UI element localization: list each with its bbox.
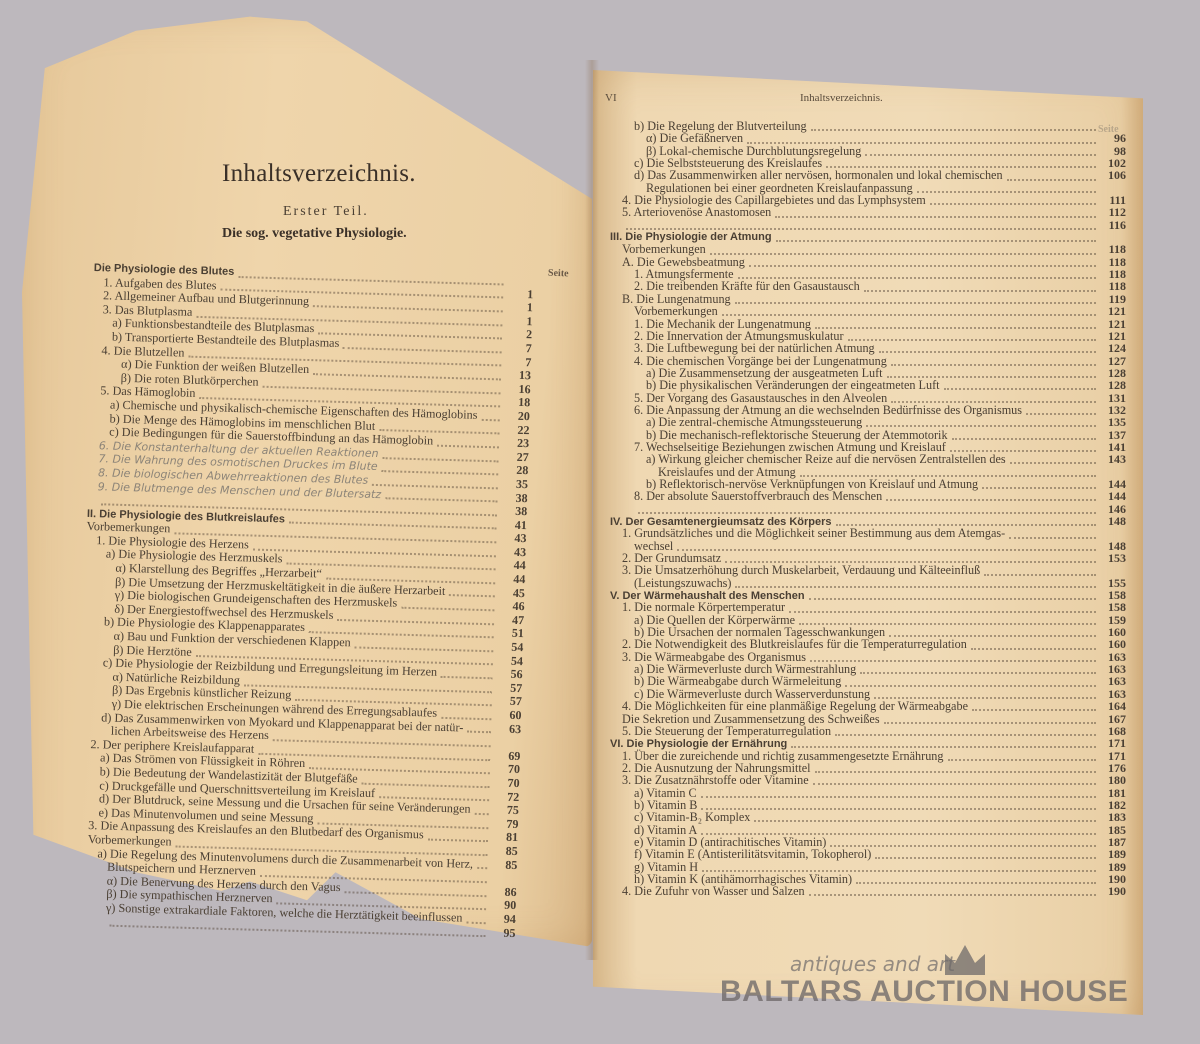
- leader-dots: [864, 282, 1096, 292]
- toc-entry-page: 2: [506, 328, 532, 342]
- leader-dots: [856, 874, 1096, 884]
- toc-entry-page: 60: [495, 708, 521, 722]
- toc-entry: 4. Die Möglichkeiten für eine planmäßige…: [610, 700, 1126, 712]
- toc-entry-page: 183: [1100, 811, 1126, 823]
- toc-right: b) Die Regelung der Blutverteilung α) Di…: [610, 120, 1126, 898]
- leader-dots: [441, 709, 492, 720]
- toc-entry-page: 94: [490, 912, 516, 926]
- toc-entry-page: 164: [1100, 700, 1126, 712]
- toc-entry-label: 3. Die Umsatzerhöhung durch Muskelarbeit…: [610, 564, 980, 576]
- leader-dots: [441, 668, 493, 679]
- toc-entry: (Leistungszuwachs) 155: [610, 577, 1126, 589]
- toc-entry-label: [76, 924, 106, 925]
- toc-entry-page: 106: [1100, 169, 1126, 181]
- toc-entry-label: d) Das Zusammenwirken aller nervösen, ho…: [610, 169, 1003, 181]
- page-title: Inhaltsverzeichnis.: [222, 160, 416, 188]
- leader-dots: [735, 578, 1096, 588]
- toc-entry-label: b) Die Wärmeabgabe durch Wärmeleitung: [610, 675, 841, 687]
- toc-entry-label: f) Vitamin E (Antisterilitätsvitamin, To…: [610, 848, 871, 860]
- leader-dots: [809, 590, 1096, 600]
- leader-dots: [884, 714, 1096, 724]
- toc-entry: 2. Die Notwendigkeit des Blutkreislaufes…: [610, 638, 1126, 650]
- leader-dots: [815, 763, 1096, 773]
- leader-dots: [477, 859, 488, 869]
- leader-dots: [466, 913, 486, 924]
- toc-entry-page: 116: [1100, 219, 1126, 231]
- leader-dots: [836, 516, 1096, 526]
- toc-entry: b) Die Wärmeabgabe durch Wärmeleitung 16…: [610, 675, 1126, 687]
- toc-entry-page: 148: [1100, 515, 1126, 527]
- part-label: Erster Teil.: [283, 204, 369, 220]
- toc-entry-page: 96: [1100, 132, 1126, 144]
- toc-entry-page: 70: [493, 776, 519, 790]
- toc-entry-page: 153: [1100, 552, 1126, 564]
- toc-entry-page: 85: [491, 858, 517, 872]
- toc-entry-label: Vorbemerkungen: [610, 243, 706, 255]
- toc-entry-label: 3. Die Luftbewegung bei der natürlichen …: [610, 342, 875, 354]
- toc-entry-page: 75: [493, 804, 519, 818]
- toc-entry-page: 23: [503, 437, 529, 451]
- running-head: Inhaltsverzeichnis.: [800, 92, 883, 104]
- toc-entry-label: 1. Die normale Körpertemperatur: [610, 601, 785, 613]
- toc-entry-page: 54: [497, 640, 523, 654]
- toc-entry: 1. Die normale Körpertemperatur 158: [610, 601, 1126, 613]
- toc-entry-page: 163: [1100, 675, 1126, 687]
- leader-dots: [952, 430, 1096, 440]
- leader-dots: [382, 449, 498, 462]
- leader-dots: [917, 183, 1096, 193]
- leader-dots: [1009, 529, 1096, 539]
- leader-dots: [811, 121, 1096, 131]
- leader-dots: [887, 368, 1096, 378]
- leader-dots: [701, 788, 1096, 798]
- toc-entry-label: 1. Grundsätzliches und die Möglichkeit s…: [610, 527, 1005, 539]
- leader-dots: [467, 723, 491, 734]
- toc-entry: b) Die physikalischen Veränderungen der …: [610, 379, 1126, 391]
- leader-dots: [930, 195, 1096, 205]
- toc-entry-page: 189: [1100, 848, 1126, 860]
- leader-dots: [891, 356, 1096, 366]
- leader-dots: [738, 269, 1096, 279]
- leader-dots: [754, 812, 1096, 822]
- toc-entry: 4. Die Zufuhr von Wasser und Salzen 190: [610, 885, 1126, 897]
- leader-dots: [701, 825, 1096, 835]
- toc-entry-label: Die Sekretion und Zusammensetzung des Sc…: [610, 713, 880, 725]
- leader-dots: [449, 587, 495, 598]
- toc-entry: Die Sekretion und Zusammensetzung des Sc…: [610, 713, 1126, 725]
- toc-entry-page: 158: [1100, 601, 1126, 613]
- leader-dots: [789, 603, 1096, 613]
- toc-entry-page: 121: [1100, 318, 1126, 330]
- leader-dots: [800, 467, 1096, 477]
- leader-dots: [891, 393, 1096, 403]
- leader-dots: [944, 380, 1096, 390]
- leader-dots: [848, 331, 1096, 341]
- toc-entry: a) Wirkung gleicher chemischer Reize auf…: [610, 453, 1126, 465]
- toc-entry: 5. Arteriovenöse Anastomosen 112: [610, 206, 1126, 218]
- leader-dots: [638, 504, 1096, 514]
- leader-dots: [810, 652, 1096, 662]
- toc-entry-page: 124: [1100, 342, 1126, 354]
- leader-dots: [865, 146, 1096, 156]
- toc-entry: 3. Die Luftbewegung bei der natürlichen …: [610, 342, 1126, 354]
- part-title: Die sog. vegetative Physiologie.: [222, 226, 407, 242]
- leader-dots: [835, 726, 1096, 736]
- toc-entry-page: [508, 283, 534, 284]
- leader-dots: [948, 751, 1097, 761]
- leader-dots: [889, 627, 1096, 637]
- watermark-tagline: antiques and art: [790, 952, 955, 976]
- toc-entry-page: [491, 881, 517, 882]
- leader-dots: [809, 886, 1096, 896]
- toc-entry-page: 135: [1100, 416, 1126, 428]
- leader-dots: [474, 805, 489, 815]
- toc-entry: Vorbemerkungen 118: [610, 243, 1126, 255]
- toc-entry-page: 118: [1100, 280, 1126, 292]
- toc-entry: 146: [610, 503, 1126, 515]
- leader-dots: [1007, 171, 1096, 181]
- leader-dots: [382, 462, 499, 475]
- leader-dots: [982, 479, 1096, 489]
- leader-dots: [813, 775, 1096, 785]
- toc-left: Die Physiologie des Blutes 1. Aufgaben d…: [75, 262, 533, 940]
- leader-dots: [950, 442, 1096, 452]
- leader-dots: [722, 306, 1096, 316]
- toc-entry-label: a) Wirkung gleicher chemischer Reize auf…: [610, 453, 1006, 465]
- toc-entry-label: 4. Die Möglichkeiten für eine planmäßige…: [610, 700, 968, 712]
- toc-entry: 116: [610, 219, 1126, 231]
- toc-entry-page: 13: [505, 369, 531, 383]
- toc-entry: a) Die zentral-chemische Atmungssteuerun…: [610, 416, 1126, 428]
- toc-entry-label: Vorbemerkungen: [610, 305, 718, 317]
- leader-dots: [791, 738, 1096, 748]
- toc-entry-page: 143: [1100, 453, 1126, 465]
- leader-dots: [875, 849, 1096, 859]
- toc-entry-label: 2. Die Notwendigkeit des Blutkreislaufes…: [610, 638, 967, 650]
- toc-entry-page: 38: [501, 505, 527, 519]
- toc-entry: 1. Grundsätzliches und die Möglichkeit s…: [610, 527, 1126, 539]
- leader-dots: [775, 208, 1096, 218]
- leader-dots: [702, 862, 1096, 872]
- watermark-brand: BALTARS AUCTION HOUSE: [720, 975, 1128, 1009]
- toc-entry-page: 167: [1100, 713, 1126, 725]
- toc-entry-label: 1. Die Mechanik der Lungenatmung: [610, 318, 811, 330]
- leader-dots: [626, 220, 1096, 230]
- toc-entry: c) Vitamin-B₂ Komplex 183: [610, 811, 1126, 823]
- toc-entry-page: 1: [507, 287, 533, 301]
- leader-dots: [481, 411, 500, 422]
- toc-entry-page: 95: [489, 926, 515, 940]
- toc-entry-page: 1: [507, 301, 533, 315]
- toc-entry-label: α) Die Gefäßnerven: [610, 132, 743, 144]
- toc-entry-page: 85: [492, 844, 518, 858]
- leader-dots: [886, 491, 1096, 501]
- leader-dots: [972, 701, 1096, 711]
- leader-dots: [879, 343, 1096, 353]
- toc-entry: α) Die Gefäßnerven 96: [610, 132, 1126, 144]
- leader-dots: [735, 294, 1096, 304]
- toc-entry-page: 7: [506, 342, 532, 356]
- toc-entry: 3. Die Umsatzerhöhung durch Muskelarbeit…: [610, 564, 1126, 576]
- toc-entry-label: c) Vitamin-B₂ Komplex: [610, 811, 750, 823]
- toc-entry-page: 35: [502, 477, 528, 491]
- book-spine: [585, 60, 599, 960]
- toc-entry-page: 121: [1100, 305, 1126, 317]
- toc-entry-label: 5. Die Steuerung der Temperaturregulatio…: [610, 725, 831, 737]
- toc-entry-label: 8. Der absolute Sauerstoffverbrauch des …: [610, 490, 882, 502]
- toc-entry: Vorbemerkungen 121: [610, 305, 1126, 317]
- leader-dots: [710, 245, 1096, 255]
- toc-entry: 2. Die treibenden Kräfte für den Gasaust…: [610, 280, 1126, 292]
- leader-dots: [866, 417, 1096, 427]
- leader-dots: [677, 541, 1096, 551]
- leader-dots: [725, 553, 1096, 563]
- toc-entry: 1. Die Mechanik der Lungenatmung 121: [610, 318, 1126, 330]
- leader-dots: [830, 837, 1096, 847]
- toc-entry-page: 20: [504, 409, 530, 423]
- leader-dots: [799, 615, 1096, 625]
- leader-dots: [776, 232, 1096, 242]
- toc-entry-label: (Leistungszuwachs): [610, 577, 731, 589]
- leader-dots: [401, 599, 495, 612]
- toc-entry: 3. Die Zusatznährstoffe oder Vitamine 18…: [610, 774, 1126, 786]
- toc-entry-page: 63: [495, 722, 521, 736]
- toc-entry-page: 144: [1100, 490, 1126, 502]
- toc-entry-label: a) Die zentral-chemische Atmungssteuerun…: [610, 416, 862, 428]
- toc-entry-page: 118: [1100, 243, 1126, 255]
- leader-dots: [749, 257, 1096, 267]
- leader-dots: [385, 490, 498, 503]
- toc-entry: 8. Der absolute Sauerstoffverbrauch des …: [610, 490, 1126, 502]
- seite-label-left: Seite: [548, 268, 569, 280]
- leader-dots: [860, 664, 1096, 674]
- leader-dots: [971, 640, 1096, 650]
- toc-entry-page: 171: [1100, 737, 1126, 749]
- toc-entry: VI. Die Physiologie der Ernährung 171: [610, 737, 1126, 749]
- leader-dots: [1026, 405, 1096, 415]
- toc-entry: d) Das Zusammenwirken aller nervösen, ho…: [610, 169, 1126, 181]
- leader-dots: [826, 158, 1096, 168]
- leader-dots: [428, 831, 489, 843]
- toc-entry-page: [495, 746, 521, 747]
- toc-entry-page: 160: [1100, 638, 1126, 650]
- toc-entry-page: 190: [1100, 885, 1126, 897]
- toc-entry-page: 112: [1100, 206, 1126, 218]
- toc-entry-page: 180: [1100, 774, 1126, 786]
- toc-entry: 5. Die Steuerung der Temperaturregulatio…: [610, 725, 1126, 737]
- leader-dots: [845, 677, 1096, 687]
- toc-entry-label: 3. Die Zusatznährstoffe oder Vitamine: [610, 774, 809, 786]
- leader-dots: [747, 134, 1096, 144]
- page-number: VI: [605, 92, 617, 104]
- toc-entry-label: 4. Die Zufuhr von Wasser und Salzen: [610, 885, 805, 897]
- leader-dots: [984, 566, 1096, 576]
- leader-dots: [437, 437, 499, 449]
- toc-entry-label: 2. Die treibenden Kräfte für den Gasaust…: [610, 280, 860, 292]
- toc-entry: f) Vitamin E (Antisterilitätsvitamin, To…: [610, 848, 1126, 860]
- leader-dots: [815, 319, 1096, 329]
- toc-entry-page: 44: [499, 573, 525, 587]
- toc-entry-page: 128: [1100, 379, 1126, 391]
- toc-entry-label: b) Die physikalischen Veränderungen der …: [610, 379, 940, 391]
- toc-entry-label: 5. Arteriovenöse Anastomosen: [610, 206, 771, 218]
- leader-dots: [701, 800, 1096, 810]
- toc-entry-page: 1: [506, 314, 532, 328]
- leader-dots: [1010, 454, 1096, 464]
- leader-dots: [874, 689, 1096, 699]
